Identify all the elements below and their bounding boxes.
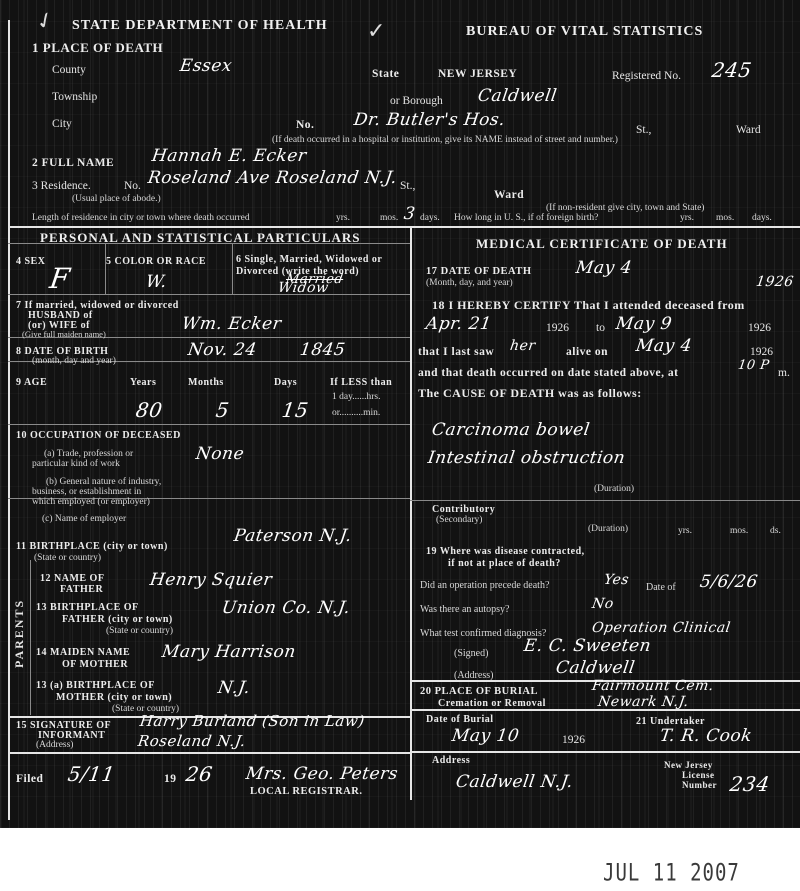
- father-label-1: 12 NAME OF: [40, 573, 104, 584]
- filed-year-suffix: 26: [184, 762, 214, 786]
- operation-date-value: 5/6/26: [699, 572, 760, 592]
- signed-value: E. C. Sweeten: [523, 636, 653, 656]
- medical-address-label: (Address): [454, 670, 493, 681]
- residence-ward-label: Ward: [494, 189, 524, 201]
- duration-yrs: yrs.: [678, 526, 692, 536]
- to-label: to: [596, 322, 605, 334]
- hospital-note: (If death occurred in a hospital or inst…: [272, 135, 618, 145]
- medical-address-value: Caldwell: [555, 658, 637, 678]
- full-name-label: 2 FULL NAME: [32, 157, 114, 169]
- burial-place-value-2: Newark N.J.: [597, 694, 690, 710]
- race-label: 5 COLOR OR RACE: [106, 256, 206, 267]
- contributory-label: Contributory: [432, 504, 495, 515]
- full-name-value: Hannah E. Ecker: [151, 146, 308, 166]
- occ-b-label-1: (b) General nature of industry,: [46, 477, 161, 487]
- certify-label: 18 I HEREBY CERTIFY That I attended dece…: [432, 298, 745, 313]
- residence-value: Roseland Ave Roseland N.J.: [147, 168, 399, 188]
- death-occurred-label: and that death occurred on date stated a…: [418, 367, 679, 379]
- age-days-value: 15: [280, 398, 310, 422]
- license-value: 234: [728, 772, 771, 796]
- informant-value: Harry Burland (Son in Law): [139, 712, 366, 730]
- occ-c-label: (c) Name of employer: [42, 514, 126, 524]
- sex-label: 4 SEX: [16, 256, 45, 267]
- length-mos-label: mos.: [380, 213, 398, 223]
- no-label: No.: [296, 119, 314, 131]
- divider-filed: [8, 752, 410, 754]
- divider-sex: [105, 243, 106, 294]
- birthplace-value: Paterson N.J.: [233, 526, 354, 546]
- burial-place-label-2: Cremation or Removal: [438, 698, 546, 709]
- foreign-days: days.: [752, 213, 772, 223]
- birthplace-sublabel: (State or country): [34, 553, 101, 563]
- divider-header: [8, 226, 800, 228]
- township-label: Township: [52, 91, 97, 103]
- city-label: City: [52, 118, 72, 130]
- age-years-value: 80: [134, 398, 164, 422]
- residence-st-label: St.,: [400, 180, 415, 192]
- to-year: 1926: [748, 322, 771, 334]
- father-bp-value: Union Co. N.J.: [221, 598, 352, 618]
- place-of-death-label: 1 PLACE OF DEATH: [32, 40, 163, 56]
- duration-mos: mos.: [730, 526, 748, 536]
- license-label-3: Number: [682, 780, 717, 790]
- length-yrs-label: yrs.: [336, 213, 350, 223]
- last-saw-label: that I last saw: [418, 346, 494, 358]
- operation-date-label: Date of: [646, 582, 676, 593]
- occ-a-label-2: particular kind of work: [32, 459, 120, 469]
- medical-section-title: MEDICAL CERTIFICATE OF DEATH: [476, 236, 728, 252]
- received-date-stamp: JUL 11 2007: [603, 859, 740, 887]
- residence-sublabel: (Usual place of abode.): [72, 194, 161, 204]
- state-label: State: [372, 68, 399, 80]
- occ-a-value: None: [195, 444, 246, 464]
- burial-date-label: Date of Burial: [426, 714, 494, 725]
- dod-year: 1926: [755, 274, 795, 290]
- father-bp-label-3: (State or country): [106, 626, 173, 636]
- father-label-2: FATHER: [60, 584, 103, 595]
- birthplace-label: 11 BIRTHPLACE (city or town): [16, 541, 168, 552]
- autopsy-label: Was there an autopsy?: [420, 604, 509, 615]
- father-bp-label-2: FATHER (city or town): [62, 614, 173, 625]
- operation-label: Did an operation precede death?: [420, 580, 549, 591]
- father-bp-label-1: 13 BIRTHPLACE OF: [36, 602, 139, 613]
- divider-row-4: [8, 294, 410, 295]
- secondary-label: (Secondary): [436, 515, 482, 525]
- burial-date-year: 1926: [562, 734, 585, 746]
- length-label: Length of residence in city or town wher…: [32, 213, 250, 223]
- to-value: May 9: [615, 314, 674, 334]
- dod-label: 17 DATE OF DEATH: [426, 266, 532, 277]
- checkmark-icon: ✓: [367, 18, 385, 44]
- dod-value: May 4: [575, 258, 634, 278]
- dob-sublabel: (month, day and year): [32, 356, 116, 366]
- dob-year: 1845: [299, 340, 347, 360]
- age-label: 9 AGE: [16, 377, 47, 388]
- length-days-value: 3: [403, 204, 417, 224]
- foreign-mos: mos.: [716, 213, 734, 223]
- sex-value: F: [48, 262, 73, 295]
- registrar-label: LOCAL REGISTRAR.: [250, 786, 362, 797]
- county-value: Essex: [179, 56, 234, 76]
- place-ward-label: Ward: [736, 124, 761, 136]
- checkmark-icon: ✓: [31, 5, 59, 36]
- personal-section-title: PERSONAL AND STATISTICAL PARTICULARS: [40, 230, 361, 246]
- mother-label-1: 14 MAIDEN NAME: [36, 647, 130, 658]
- divider-address: [410, 751, 800, 753]
- alive-value: May 4: [635, 336, 694, 356]
- cause-line-1: Carcinoma bowel: [431, 420, 592, 440]
- last-saw-value: her: [509, 338, 537, 354]
- spouse-value: Wm. Ecker: [181, 314, 283, 334]
- left-border: [8, 20, 10, 820]
- county-label: County: [52, 64, 86, 76]
- mother-bp-label-1: 13 (a) BIRTHPLACE OF: [36, 680, 155, 691]
- duration-ds: ds.: [770, 526, 781, 536]
- less-label-2: 1 day......hrs.: [332, 392, 380, 402]
- spouse-label-4: (Give full maiden name): [22, 329, 106, 339]
- cause-label: The CAUSE OF DEATH was as follows:: [418, 386, 642, 401]
- time-suffix: m.: [778, 367, 790, 379]
- residence-no-label: No.: [124, 180, 141, 192]
- informant-address: Roseland N.J.: [137, 732, 247, 750]
- less-label-3: or..........min.: [332, 408, 380, 418]
- burial-date-value: May 10: [451, 726, 521, 746]
- age-months-label: Months: [188, 377, 224, 388]
- borough-value: Caldwell: [477, 86, 559, 106]
- length-days-label: days.: [420, 213, 440, 223]
- time-value: 10 P: [737, 358, 771, 373]
- burial-place-value: Fairmount Cem.: [591, 678, 715, 694]
- operation-value: Yes: [603, 572, 630, 588]
- father-value: Henry Squier: [149, 570, 274, 590]
- registrar-signature: Mrs. Geo. Peters: [245, 764, 400, 784]
- foreign-label: How long in U. S., if of foreign birth?: [454, 213, 598, 223]
- undertaker-value: T. R. Cook: [659, 726, 754, 746]
- death-certificate: ✓ ✓ STATE DEPARTMENT OF HEALTH BUREAU OF…: [0, 0, 800, 828]
- occupation-label: 10 OCCUPATION OF DECEASED: [16, 430, 181, 441]
- center-divider: [410, 226, 412, 800]
- race-value: W.: [145, 272, 169, 292]
- alive-year: 1926: [750, 346, 773, 358]
- registered-value: 245: [710, 58, 753, 82]
- dod-sublabel: (Month, day, and year): [426, 278, 513, 288]
- age-days-label: Days: [274, 377, 297, 388]
- from-year: 1926: [546, 322, 569, 334]
- burial-place-label-1: 20 PLACE OF BURIAL: [420, 686, 538, 697]
- divider-row-9: [8, 424, 410, 425]
- filed-label: Filed: [16, 773, 43, 785]
- age-months-value: 5: [214, 398, 231, 422]
- place-st-label: St.,: [636, 124, 651, 136]
- license-label-1: New Jersey: [664, 760, 713, 770]
- marital-value: Widow: [277, 280, 330, 296]
- mother-label-2: OF MOTHER: [62, 659, 128, 670]
- divider-race: [232, 243, 233, 294]
- state-value: NEW JERSEY: [438, 68, 517, 80]
- residence-label: 3 Residence.: [32, 180, 91, 192]
- signed-label: (Signed): [454, 648, 488, 659]
- place-no-value: Dr. Butler's Hos.: [353, 110, 507, 130]
- mother-value: Mary Harrison: [161, 642, 298, 662]
- informant-label-3: (Address): [36, 740, 73, 750]
- parents-divider: [30, 560, 31, 715]
- autopsy-value: No: [591, 596, 615, 612]
- foreign-yrs: yrs.: [680, 213, 694, 223]
- mother-bp-label-2: MOTHER (city or town): [56, 692, 172, 703]
- occ-b-label-3: which employed (or employer): [32, 497, 150, 507]
- parents-side-label: PARENTS: [12, 599, 27, 668]
- duration-label: (Duration): [594, 484, 634, 494]
- burial-address-label: Address: [432, 755, 470, 766]
- contracted-label-1: 19 Where was disease contracted,: [426, 546, 585, 557]
- contracted-label-2: if not at place of death?: [448, 558, 561, 569]
- dob-value: Nov. 24: [187, 340, 258, 360]
- registered-label: Registered No.: [612, 70, 681, 82]
- less-label-1: If LESS than: [330, 377, 392, 388]
- diagnosis-value: Operation Clinical: [591, 620, 732, 636]
- duration2-label: (Duration): [588, 524, 628, 534]
- burial-address-value: Caldwell N.J.: [455, 772, 575, 792]
- from-value: Apr. 21: [425, 314, 493, 334]
- occ-a-label-1: (a) Trade, profession or: [44, 449, 133, 459]
- borough-label: or Borough: [390, 95, 443, 107]
- license-label-2: License: [682, 770, 715, 780]
- divider-cause: [410, 500, 800, 501]
- filed-year-prefix: 19: [164, 773, 177, 785]
- filed-date: 5/11: [66, 762, 116, 786]
- mother-bp-value: N.J.: [217, 678, 252, 698]
- cause-line-2: Intestinal obstruction: [427, 448, 627, 468]
- bureau-title: BUREAU OF VITAL STATISTICS: [466, 24, 703, 40]
- nonresident-note: (If non-resident give city, town and Sta…: [546, 203, 704, 213]
- occ-b-label-2: business, or establishment in: [32, 487, 141, 497]
- alive-label: alive on: [566, 346, 608, 358]
- department-title: STATE DEPARTMENT OF HEALTH: [72, 18, 328, 34]
- age-years-label: Years: [130, 377, 156, 388]
